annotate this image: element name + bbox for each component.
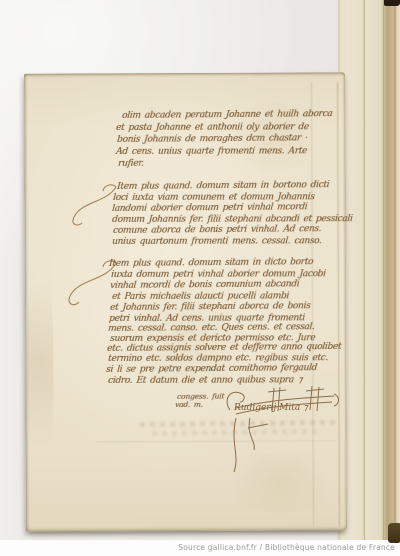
- binding-dark-edge-top: [384, 0, 400, 6]
- closing-note: vad. m.: [175, 400, 204, 410]
- binding-dark-edge-bottom: [388, 523, 400, 543]
- attribution-bar: Source gallica.bnf.fr / Bibliothèque nat…: [0, 540, 400, 556]
- fore-edge-crease: [364, 0, 365, 556]
- manuscript-line: loci iuxta viam comunem et domum Johanni…: [113, 192, 315, 203]
- attribution-text: Source gallica.bnf.fr / Bibliothèque nat…: [178, 543, 395, 552]
- manuscript-line: mens. cessal. canso. etc. Ques cens. et …: [108, 322, 315, 334]
- manuscript-line: iuxta domum petri vinhal aborier domum J…: [111, 269, 326, 280]
- manuscript-line: olim abcaden peratum Johanne et huilh ab…: [122, 109, 333, 121]
- manuscript-line: vinhal mcordi de bonis comunium abcandi: [110, 279, 300, 291]
- manuscript-line: Item plus quand. domum sitam in bortono …: [117, 180, 330, 192]
- manuscript-line: comune aborca de bonis petri vinhal. Ad …: [113, 224, 322, 236]
- manuscript-line: et Paris michaelis alaucti pucelli alamb…: [112, 291, 290, 302]
- manuscript-line: etc. dictus assignis solvere et defferre…: [107, 342, 342, 354]
- notary-signature: Rudigerij Mita ⁊: [233, 403, 309, 413]
- manuscript-line: et Johannis fer. filii stephani aborca d…: [110, 301, 311, 313]
- manuscript-line: rufier.: [118, 159, 145, 169]
- signature-flourish: Rudigerij Mita ⁊: [216, 384, 346, 476]
- manuscript-photo: olim abcaden peratum Johanne et huilh ab…: [0, 0, 400, 556]
- book-fore-edge: [338, 0, 400, 556]
- manuscript-line: unius quartonum fromenti mens. cessal. c…: [112, 236, 322, 247]
- manuscript-line: Ad cens. unius quarte fromenti mens. Art…: [116, 146, 308, 157]
- fore-edge-crease: [383, 0, 384, 556]
- manuscript-line: Item plus quand. domum sitam in dicto bo…: [109, 257, 314, 269]
- manuscript-line: si li se pre petre expendat comithomo fe…: [106, 363, 318, 375]
- manuscript-line: et pasta Johanne et anthonii oly aborier…: [116, 122, 310, 133]
- page-stain: [27, 254, 54, 474]
- manuscript-line: bonis Johannis de moraghes dcm chastar ·: [117, 133, 308, 145]
- manuscript-line: landomi aborier domum petri vinhal mcord…: [112, 202, 308, 214]
